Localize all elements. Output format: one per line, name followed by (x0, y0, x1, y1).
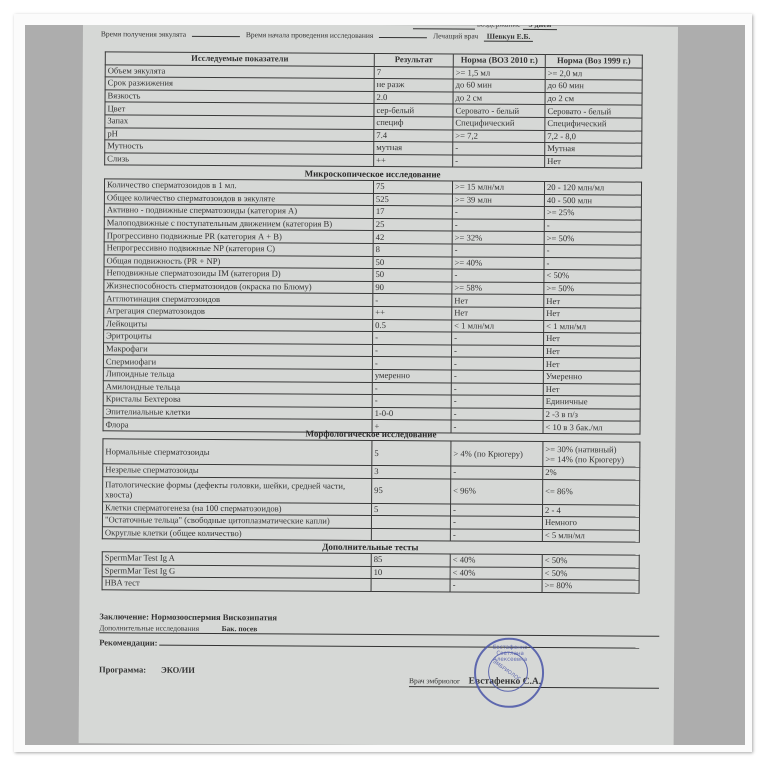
result-cell: 85 (371, 553, 450, 566)
norm-who1999-cell: - (544, 244, 641, 257)
result-cell: сер-белый (374, 104, 453, 117)
norm-who1999-cell: Серовато - белый (545, 105, 642, 118)
result-cell (371, 528, 450, 541)
result-cell: 7.4 (374, 129, 453, 142)
norm-who1999-cell: < 5 млн/мл (542, 529, 639, 542)
norm-who1999-cell: >= 50% (544, 282, 641, 295)
result-cell: 90 (373, 281, 452, 294)
norm-who1999-cell: - (544, 257, 641, 270)
abstinence-value: 5 дней (523, 25, 558, 30)
norm-who2010-cell: до 2 см (453, 92, 545, 105)
conclusion-value: Нормозооспермия Вискозипатия (151, 612, 277, 623)
recommendations-label: Рекомендации: (99, 637, 157, 647)
result-cell (371, 579, 450, 592)
extra-studies-line: Дополнительные исследования Бак. посев (99, 623, 659, 636)
col-header-who2010: Норма (ВОЗ 2010 г.) (453, 54, 545, 67)
embryologist-label: Врач эмбриолог (409, 676, 460, 685)
norm-who1999-cell: Нет (544, 307, 641, 320)
program-value: ЭКО/ИИ (161, 665, 195, 675)
result-cell: - (372, 382, 451, 395)
norm-who1999-cell: 2% (543, 466, 640, 479)
norm-who2010-cell: < 40% (450, 567, 542, 580)
result-cell: 3 (372, 465, 451, 478)
norm-who2010-cell: - (450, 516, 542, 529)
abstinence-label: воздержание (477, 25, 521, 29)
norm-who1999-cell: Нет (543, 383, 640, 396)
norm-who2010-cell: Специфический (453, 117, 545, 130)
result-cell: 0.5 (373, 319, 452, 332)
norm-who1999-cell: 7,2 - 8,0 (545, 130, 642, 143)
result-cell: мутная (374, 142, 453, 155)
result-cell: 17 (373, 206, 452, 219)
norm-who2010-cell: >= 40% (452, 257, 544, 270)
col-header-result: Результат (374, 53, 453, 66)
norm-who2010-cell: >= 39 млн (452, 194, 544, 207)
norm-who2010-cell: < 40% (450, 554, 542, 567)
norm-who1999-cell: - (544, 219, 641, 232)
norm-who2010-cell: - (450, 529, 542, 542)
doctor-name: Шевкун Е.Б. (484, 32, 534, 42)
norm-who2010-cell: - (451, 370, 543, 383)
norm-who1999-cell: >= 50% (544, 232, 641, 245)
norm-who2010-cell: >= 15 млн/мл (452, 181, 544, 194)
parameter-cell: Патологические формы (дефекты головки, ш… (103, 476, 372, 503)
result-cell: 525 (373, 193, 452, 206)
result-cell: - (373, 332, 452, 345)
result-cell: ++ (374, 154, 453, 167)
table-row: Нормальные сперматозоиды5> 4% (по Крюгер… (103, 439, 640, 467)
norm-who2010-cell: - (451, 395, 543, 408)
conclusion-line: Заключение: Нормозооспермия Вискозипатия (99, 611, 277, 622)
extra-studies-label: Дополнительные исследования (99, 623, 199, 633)
norm-who2010-cell: - (451, 466, 543, 479)
norm-who1999-cell: >= 30% (нативный)>= 14% (по Крюгеру) (543, 442, 640, 468)
norm-who1999-cell: Единичные (543, 396, 640, 409)
norm-who2010-cell: - (451, 504, 543, 517)
result-cell: умеренно (372, 369, 451, 382)
norm-who1999-cell: Нет (544, 333, 641, 346)
study-start-blank (379, 37, 427, 38)
norm-who1999-cell: 2 -3 в п/з (543, 408, 640, 421)
parameter-cell: Слизь (105, 153, 374, 167)
result-cell: специф (374, 116, 453, 129)
parameter-cell: HBA тест (102, 577, 371, 591)
norm-who2010-cell: Нет (452, 307, 544, 320)
norm-who2010-cell: - (450, 579, 542, 592)
norm-who1999-cell: <= 86% (543, 479, 640, 505)
stamp-ring-text: Евстафенко Светлана Алексеевна (482, 645, 538, 663)
result-cell: 7 (374, 66, 453, 79)
table-row: HBA тест->= 80% (102, 577, 639, 593)
result-cell: 5 (372, 503, 451, 516)
norm-who2010-cell: - (452, 332, 544, 345)
norm-who2010-cell: >= 32% (452, 231, 544, 244)
norm-who1999-cell: < 50% (542, 554, 639, 567)
norm-who2010-cell: Нет (452, 294, 544, 307)
norm-who2010-cell: < 1 млн/мл (452, 319, 544, 332)
norm-who1999-cell: Немного (542, 517, 639, 530)
receipt-time-label: Время получения эякулята (101, 29, 186, 39)
program-label: Программа: (99, 664, 146, 674)
norm-who1999-cell: Мутная (545, 143, 642, 156)
norm-who1999-cell: 20 - 120 млн/мл (544, 182, 641, 195)
document-photo: воздержание 5 дней Время получения эякул… (25, 25, 745, 745)
result-cell: 8 (373, 243, 452, 256)
norm-who1999-cell: Нет (543, 358, 640, 371)
norm-who1999-cell: 40 - 500 млн (544, 194, 641, 207)
program-line: Программа: ЭКО/ИИ (99, 664, 195, 675)
result-cell: 50 (373, 269, 452, 282)
norm-who1999-cell: < 1 млн/мл (544, 320, 641, 333)
norm-who1999-cell: >= 25% (544, 207, 641, 220)
norm-who2010-cell: - (451, 345, 543, 358)
norm-who1999-cell: Умеренно (543, 370, 640, 383)
result-cell: - (372, 395, 451, 408)
norm-who1999-cell: >= 2,0 мл (545, 67, 642, 80)
morphological-table: Нормальные сперматозоиды5> 4% (по Крюгер… (102, 438, 641, 543)
norm-who2010-cell: >= 7,2 (453, 130, 545, 143)
result-cell (371, 516, 450, 529)
result-cell: 95 (372, 478, 451, 503)
norm-who2010-cell: Серовато - белый (453, 104, 545, 117)
recommendations-line: Рекомендации: (99, 637, 659, 650)
norm-who1999-cell: >= 80% (542, 580, 639, 593)
result-cell: 1-0-0 (372, 407, 451, 420)
result-cell: 10 (371, 566, 450, 579)
receipt-time-blank (192, 36, 240, 37)
norm-who2010-cell: - (451, 357, 543, 370)
col-header-who1999: Норма (Воз 1999 г.) (545, 55, 642, 68)
recommendations-blank (160, 645, 640, 649)
result-cell: - (372, 344, 451, 357)
norm-who1999-cell: < 50% (544, 270, 641, 283)
parameter-cell: Нормальные сперматозоиды (103, 439, 372, 466)
norm-who1999-cell: Нет (545, 155, 642, 168)
norm-who1999-cell: 2 - 4 (542, 504, 639, 517)
result-cell: ++ (373, 306, 452, 319)
norm-who2010-cell: >= 1,5 мл (453, 67, 545, 80)
norm-who2010-cell: > 4% (по Крюгеру) (451, 441, 543, 467)
norm-who2010-cell: - (451, 408, 543, 421)
result-cell: 42 (373, 231, 452, 244)
norm-who2010-cell: >= 58% (452, 282, 544, 295)
extra-studies-value: Бак. посев (222, 624, 258, 633)
conclusion-label: Заключение: (99, 611, 149, 621)
norm-who2010-cell: - (451, 382, 543, 395)
norm-who1999-cell: до 60 мин (545, 80, 642, 93)
doctor-label: Лечащий врач (433, 31, 478, 40)
result-cell: 75 (373, 180, 452, 193)
doctor-stamp: Евстафенко Светлана Алексеевна ЭМБРИОЛОГ (474, 638, 544, 708)
norm-who2010-cell: - (452, 244, 544, 257)
norm-who2010-cell: - (453, 142, 545, 155)
norm-who2010-cell: - (452, 206, 544, 219)
abstinence-line: воздержание 5 дней (413, 25, 557, 30)
norm-who1999-cell: Нет (544, 295, 641, 308)
result-cell: - (373, 294, 452, 307)
result-cell: - (372, 357, 451, 370)
norm-who2010-cell: - (453, 155, 545, 168)
header-row: Время получения эякулята Время начала пр… (101, 29, 533, 41)
norm-who2010-cell: < 96% (451, 479, 543, 505)
lab-report-page: воздержание 5 дней Время получения эякул… (79, 25, 678, 745)
result-cell: 2.0 (374, 91, 453, 104)
microscopic-table: Количество сперматозоидов в 1 мл.75>= 15… (103, 178, 643, 434)
table-row: Патологические формы (дефекты головки, ш… (103, 476, 640, 504)
norm-who1999-cell: Специфический (545, 117, 642, 130)
result-cell: 25 (373, 218, 452, 231)
result-cell: 5 (372, 440, 451, 465)
norm-who2010-cell: - (452, 219, 544, 232)
norm-who1999-cell: < 50% (542, 567, 639, 580)
general-table: Исследуемые показатели Результат Норма (… (104, 51, 643, 169)
result-cell: 50 (373, 256, 452, 269)
study-start-label: Время начала проведения исследования (246, 30, 374, 40)
norm-who2010-cell: до 60 мин (453, 79, 545, 92)
norm-who1999-cell: до 2 см (545, 92, 642, 105)
result-cell: не разж (374, 79, 453, 92)
norm-who1999-cell: Нет (543, 345, 640, 358)
norm-who2010-cell: - (452, 269, 544, 282)
additional-table: SpermMar Test Ig A85< 40%< 50%SpermMar T… (102, 551, 640, 593)
